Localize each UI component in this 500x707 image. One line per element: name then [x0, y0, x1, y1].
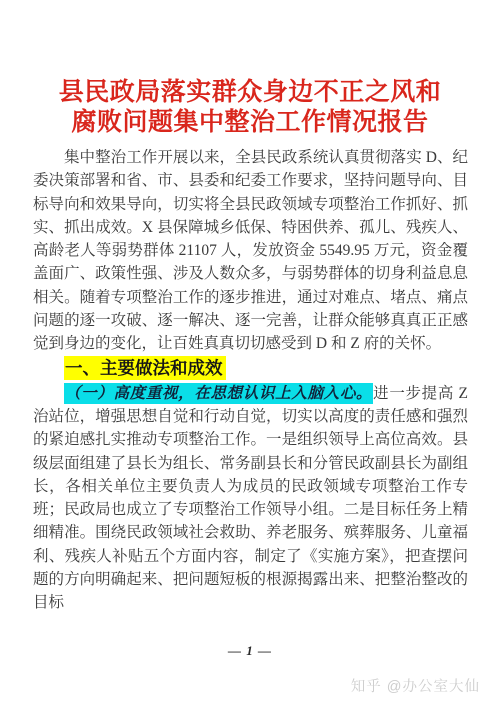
document-title: 县民政局落实群众身边不正之风和 腐败问题集中整治工作情况报告 [0, 0, 500, 138]
paragraph-measures-text: 进一步提高 Z 治站位，增强思想自觉和行动自觉，切实以高度的责任感和强烈的紧迫感… [33, 385, 468, 612]
section-heading-line: 一、主要做法和成效 [33, 356, 468, 382]
watermark: 知乎 @办公室大仙 [351, 675, 480, 696]
paragraph-measures: （一）高度重视，在思想认识上入脑入心。进一步提高 Z 治站位，增强思想自觉和行动… [33, 382, 468, 615]
title-line-2: 腐败问题集中整治工作情况报告 [0, 108, 500, 138]
paragraph-intro: 集中整治工作开展以来，全县民政系统认真贯彻落实 D、纪委决策部署和省、市、县委和… [33, 146, 468, 356]
page-number: — 1 — [0, 643, 500, 659]
title-line-1: 县民政局落实群众身边不正之风和 [0, 78, 500, 108]
section-heading-highlight: 一、主要做法和成效 [64, 356, 226, 380]
document-body: 集中整治工作开展以来，全县民政系统认真贯彻落实 D、纪委决策部署和省、市、县委和… [33, 146, 468, 615]
subsection-heading-highlight: （一）高度重视，在思想认识上入脑入心。 [64, 383, 373, 404]
document-page: 县民政局落实群众身边不正之风和 腐败问题集中整治工作情况报告 集中整治工作开展以… [0, 0, 500, 707]
